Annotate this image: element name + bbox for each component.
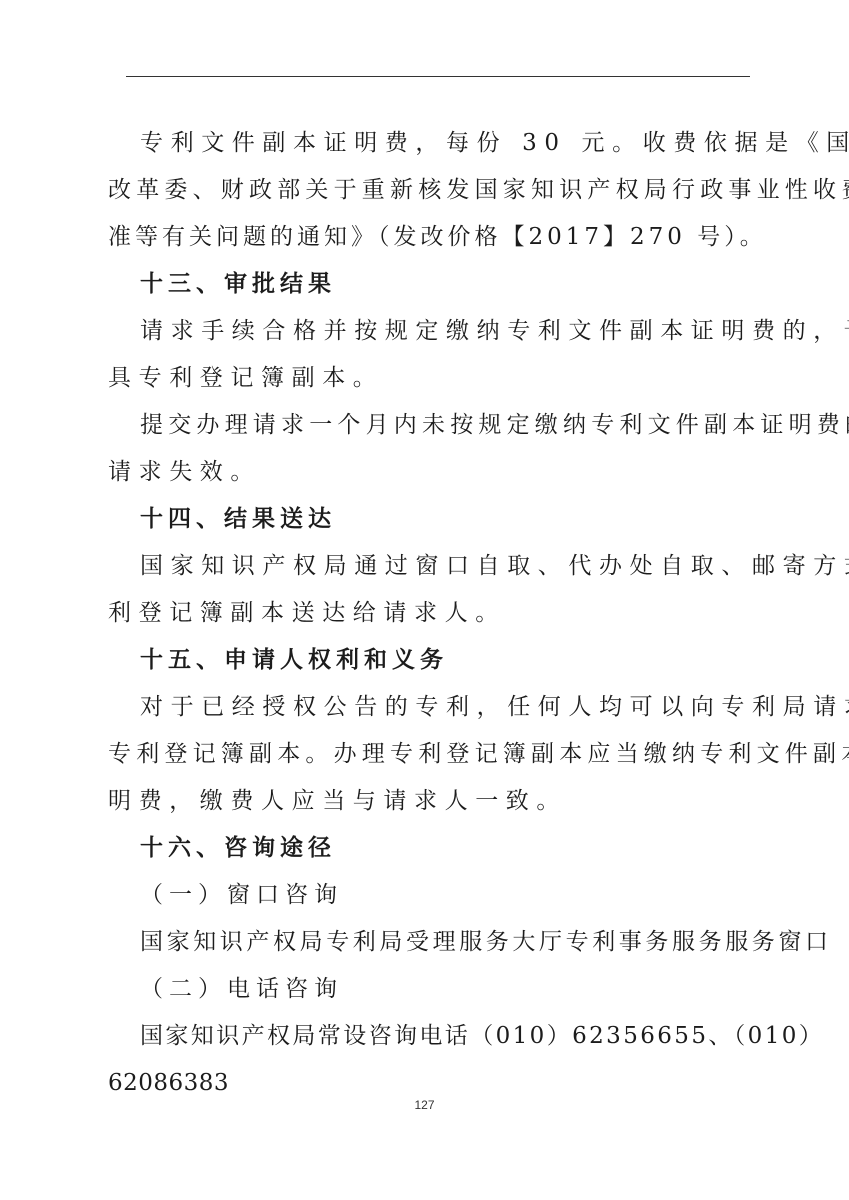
paragraph-line: 请求手续合格并按规定缴纳专利文件副本证明费的，予以出	[140, 316, 785, 346]
page-number: 127	[0, 1098, 849, 1112]
section-heading-13: 十三、审批结果	[140, 269, 785, 299]
phone-numbers-line: 62086383	[108, 1068, 753, 1098]
section-heading-14: 十四、结果送达	[140, 504, 785, 534]
paragraph-line: 准等有关问题的通知》（发改价格【2017】270 号）。	[108, 222, 753, 252]
paragraph-line: 提交办理请求一个月内未按规定缴纳专利文件副本证明费的，	[140, 410, 785, 440]
paragraph-line: 对于已经授权公告的专利，任何人均可以向专利局请求办理	[140, 692, 785, 722]
paragraph-line: 国家知识产权局通过窗口自取、代办处自取、邮寄方式将专	[140, 551, 785, 581]
phone-numbers-line: 国家知识产权局常设咨询电话（010）62356655、（010）	[140, 1021, 785, 1051]
section-heading-16: 十六、咨询途径	[140, 833, 785, 863]
paragraph-line: 改革委、财政部关于重新核发国家知识产权局行政事业性收费标	[108, 175, 753, 205]
paragraph-line: 明费，缴费人应当与请求人一致。	[108, 786, 753, 816]
header-rule	[126, 76, 750, 77]
paragraph-line: 具专利登记簿副本。	[108, 363, 753, 393]
subheading-window-consult: （一）窗口咨询	[140, 880, 785, 910]
subheading-phone-consult: （二）电话咨询	[140, 974, 785, 1004]
section-heading-15: 十五、申请人权利和义务	[140, 645, 785, 675]
paragraph-line: 专利文件副本证明费，每份 30 元。收费依据是《国家发展	[140, 128, 785, 158]
paragraph-line: 国家知识产权局专利局受理服务大厅专利事务服务服务窗口	[140, 927, 785, 957]
paragraph-line: 利登记簿副本送达给请求人。	[108, 598, 753, 628]
paragraph-line: 专利登记簿副本。办理专利登记簿副本应当缴纳专利文件副本证	[108, 739, 753, 769]
paragraph-line: 请求失效。	[108, 457, 753, 487]
